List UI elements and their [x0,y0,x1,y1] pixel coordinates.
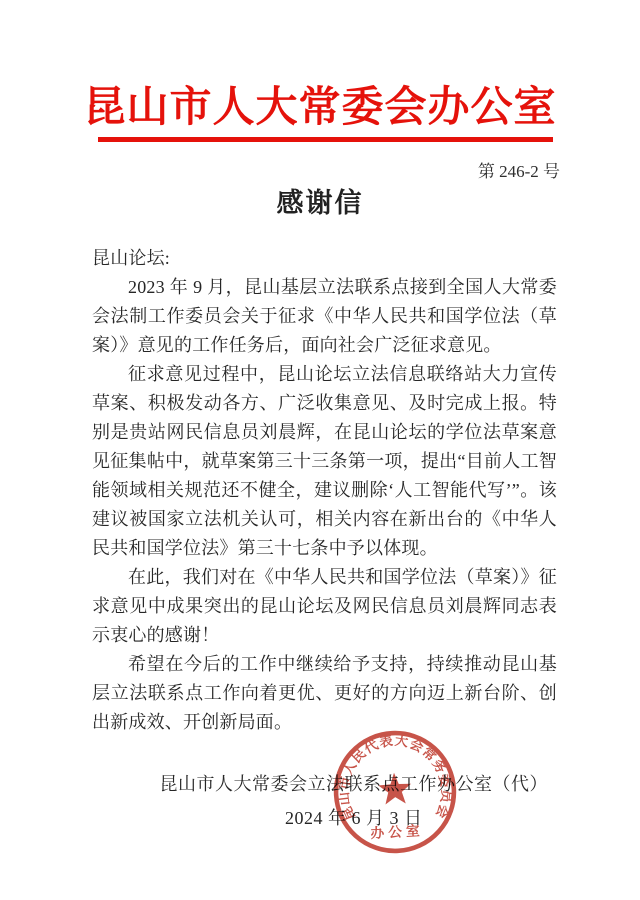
signature-org: 昆山市人大常委会立法联系点工作办公室（代） [160,770,549,796]
letter-body: 昆山论坛: 2023 年 9 月，昆山基层立法联系点接到全国人大常委会法制工作委… [92,244,557,737]
salutation: 昆山论坛: [92,244,557,273]
document-page: 昆山市人大常委会办公室 第 246-2 号 感谢信 昆山论坛: 2023 年 9… [0,0,640,900]
paragraph-1: 2023 年 9 月，昆山基层立法联系点接到全国人大常委会法制工作委员会关于征求… [92,273,557,360]
document-header-title: 昆山市人大常委会办公室 [0,74,640,134]
doc-number: 第 246-2 号 [0,157,560,182]
signature-block: 昆山市人大常委会立法联系点工作办公室（代） 2024 年 6 月 3 日 [160,770,549,830]
header-divider [98,137,553,142]
paragraph-3: 在此，我们对在《中华人民共和国学位法（草案）》征求意见中成果突出的昆山论坛及网民… [92,563,557,650]
signature-date: 2024 年 6 月 3 日 [160,804,549,830]
letter-title: 感谢信 [0,181,640,220]
paragraph-2: 征求意见过程中，昆山论坛立法信息联络站大力宣传草案、积极发动各方、广泛收集意见、… [92,360,557,563]
paragraph-4: 希望在今后的工作中继续给予支持，持续推动昆山基层立法联系点工作向着更优、更好的方… [92,650,557,737]
